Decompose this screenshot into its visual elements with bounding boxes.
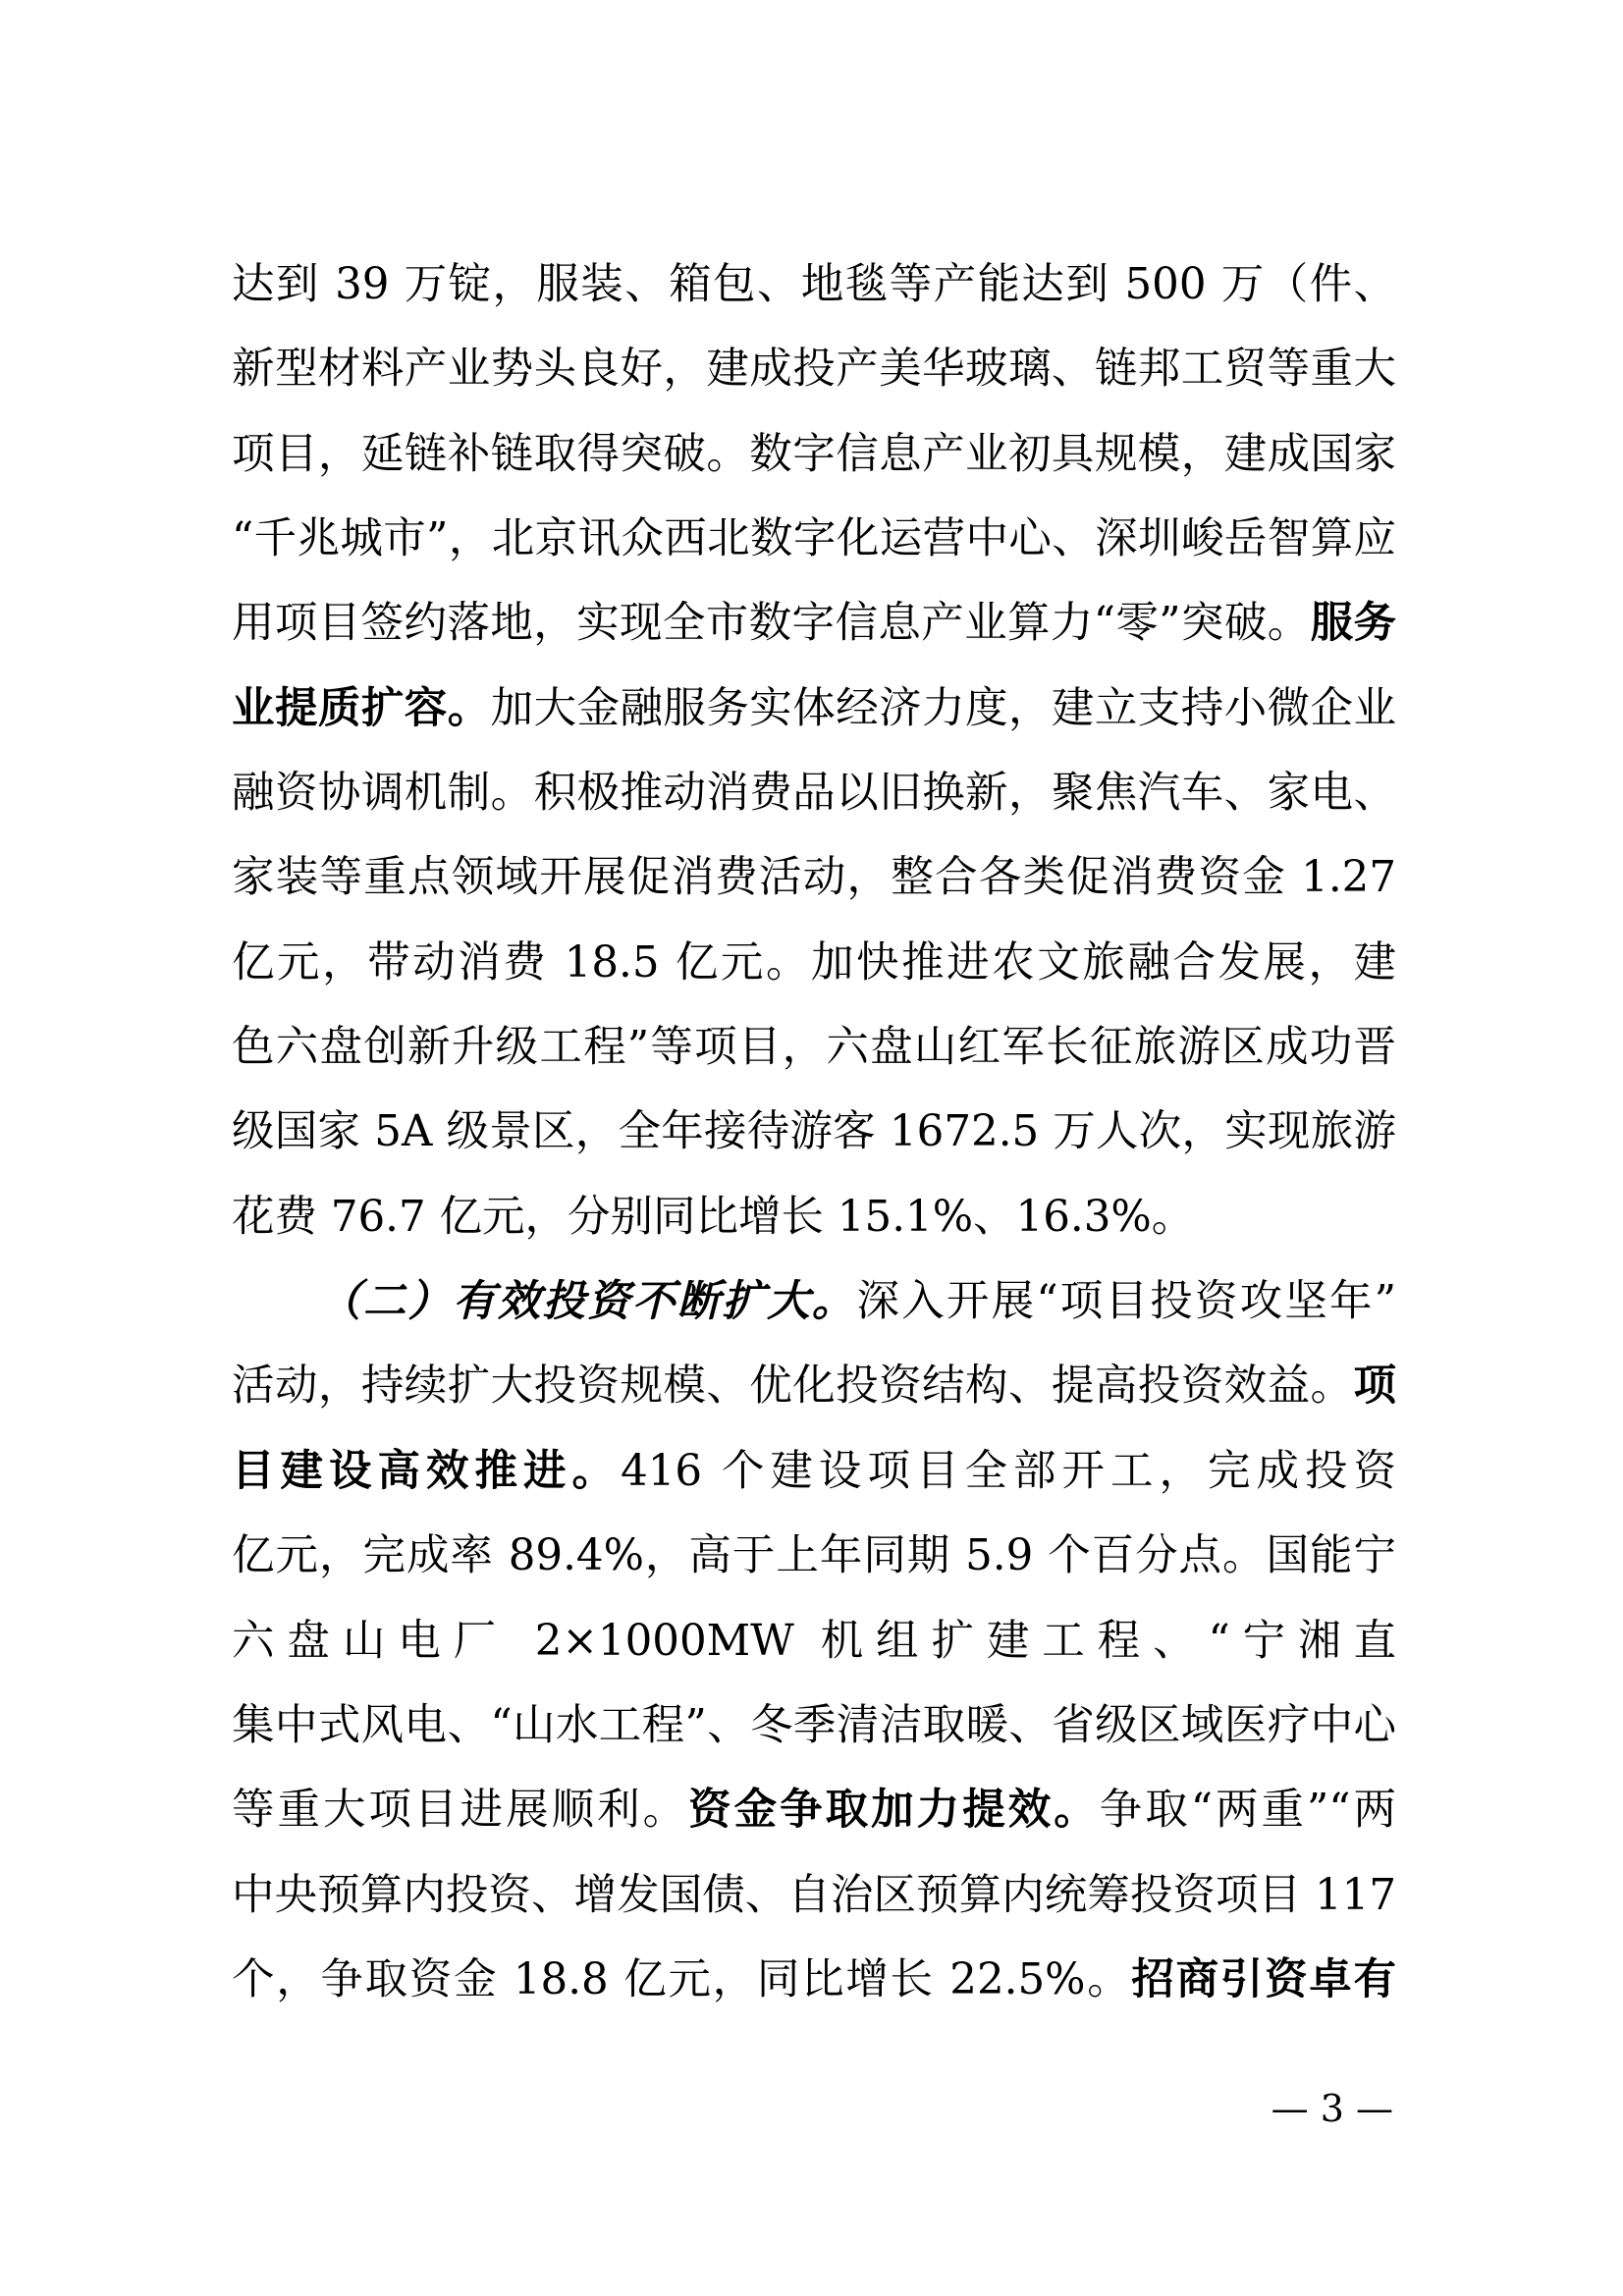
text-line: 中央预算内投资、增发国债、自治区预算内统筹投资项目 117: [232, 1853, 1396, 1938]
text-line: （二）有效投资不断扩大。深入开展“项目投资攻坚年”: [232, 1259, 1396, 1344]
text-line: 集中式风电、“山水工程”、冬季清洁取暖、省级区域医疗中心: [232, 1683, 1396, 1768]
document-page: 达到 39 万锭，服装、箱包、地毯等产能达到 500 万（件、套）。新型材料产业…: [0, 0, 1623, 2296]
text-run: 用项目签约落地，实现全市数字信息产业算力“零”突破。: [232, 599, 1311, 648]
text-line: 级国家 5A 级景区，全年接待游客 1672.5 万人次，实现旅游总: [232, 1090, 1396, 1174]
text-run: 目建设高效推进。: [232, 1447, 621, 1496]
text-run: 亿元，带动消费 18.5 亿元。加快推进农文旅融合发展，建成“红: [232, 938, 1396, 1005]
text-run: 资金争取加力提效。: [688, 1786, 1100, 1835]
text-line: 色六盘创新升级工程”等项目，六盘山红军长征旅游区成功晋: [232, 1005, 1396, 1090]
text-line: 用项目签约落地，实现全市数字信息产业算力“零”突破。服务: [232, 581, 1396, 666]
text-run: 融资协调机制。积极推动消费品以旧换新，聚焦汽车、家电、: [232, 769, 1396, 818]
text-line: 新型材料产业势头良好，建成投产美华玻璃、链邦工贸等重大: [232, 327, 1396, 411]
text-run: “千兆城市”，北京讯众西北数字化运营中心、深圳峻岳智算应: [232, 514, 1396, 563]
text-run: 个，争取资金 18.8 亿元，同比增长 22.5%。: [232, 1955, 1131, 2004]
text-run: 达到 39 万锭，服装、箱包、地毯等产能达到 500 万（件、套）。: [232, 260, 1396, 327]
text-run: 加大金融服务实体经济力度，建立支持小微企业: [491, 684, 1396, 733]
text-line: 业提质扩容。加大金融服务实体经济力度，建立支持小微企业: [232, 667, 1396, 751]
text-line: 六盘山电厂 2×1000MW 机组扩建工程、“宁湘直流”1000MW: [232, 1599, 1396, 1683]
text-line: 目建设高效推进。416 个建设项目全部开工，完成投资 293.4: [232, 1429, 1396, 1514]
text-line: 等重大项目进展顺利。资金争取加力提效。争取“两重”“两新”、: [232, 1768, 1396, 1852]
text-run: 集中式风电、“山水工程”、冬季清洁取暖、省级区域医疗中心: [232, 1701, 1396, 1750]
text-line: 活动，持续扩大投资规模、优化投资结构、提高投资效益。项: [232, 1344, 1396, 1428]
page-number: — 3 —: [1271, 2087, 1393, 2130]
text-run: 等重大项目进展顺利。: [232, 1786, 688, 1835]
text-line: “千兆城市”，北京讯众西北数字化运营中心、深圳峻岳智算应: [232, 497, 1396, 581]
text-line: 亿元，完成率 89.4%，高于上年同期 5.9 个百分点。国能宁夏: [232, 1514, 1396, 1598]
text-run: （二）有效投资不断扩大。: [318, 1276, 857, 1326]
text-run: 项目，延链补链取得突破。数字信息产业初具规模，建成国家: [232, 430, 1396, 479]
text-run: 六盘山电厂 2×1000MW 机组扩建工程、“宁湘直流”1000MW: [232, 1617, 1396, 1683]
text-run: 服务: [1311, 599, 1396, 648]
text-run: 业提质扩容。: [232, 684, 491, 733]
text-run: 亿元，完成率 89.4%，高于上年同期 5.9 个百分点。国能宁夏: [232, 1531, 1396, 1598]
text-line: 家装等重点领域开展促消费活动，整合各类促消费资金 1.27: [232, 835, 1396, 920]
text-run: 中央预算内投资、增发国债、自治区预算内统筹投资项目 117: [232, 1871, 1396, 1920]
text-run: 项: [1354, 1362, 1397, 1411]
text-run: 色六盘创新升级工程”等项目，六盘山红军长征旅游区成功晋: [232, 1023, 1396, 1072]
text-line: 项目，延链补链取得突破。数字信息产业初具规模，建成国家: [232, 412, 1396, 497]
text-run: 深入开展“项目投资攻坚年”: [857, 1277, 1396, 1326]
text-run: 级国家 5A 级景区，全年接待游客 1672.5 万人次，实现旅游总: [232, 1107, 1396, 1174]
text-line: 达到 39 万锭，服装、箱包、地毯等产能达到 500 万（件、套）。: [232, 242, 1396, 327]
text-line: 个，争取资金 18.8 亿元，同比增长 22.5%。招商引资卓有成: [232, 1938, 1396, 2022]
text-run: 新型材料产业势头良好，建成投产美华玻璃、链邦工贸等重大: [232, 345, 1396, 394]
text-run: 花费 76.7 亿元，分别同比增长 15.1%、16.3%。: [232, 1193, 1194, 1242]
text-line: 花费 76.7 亿元，分别同比增长 15.1%、16.3%。: [232, 1175, 1396, 1259]
text-line: 融资协调机制。积极推动消费品以旧换新，聚焦汽车、家电、: [232, 751, 1396, 835]
text-run: 活动，持续扩大投资规模、优化投资结构、提高投资效益。: [232, 1362, 1354, 1411]
text-run: 家装等重点领域开展促消费活动，整合各类促消费资金 1.27: [232, 853, 1396, 902]
body-text: 达到 39 万锭，服装、箱包、地毯等产能达到 500 万（件、套）。新型材料产业…: [232, 242, 1396, 2022]
text-line: 亿元，带动消费 18.5 亿元。加快推进农文旅融合发展，建成“红: [232, 921, 1396, 1005]
